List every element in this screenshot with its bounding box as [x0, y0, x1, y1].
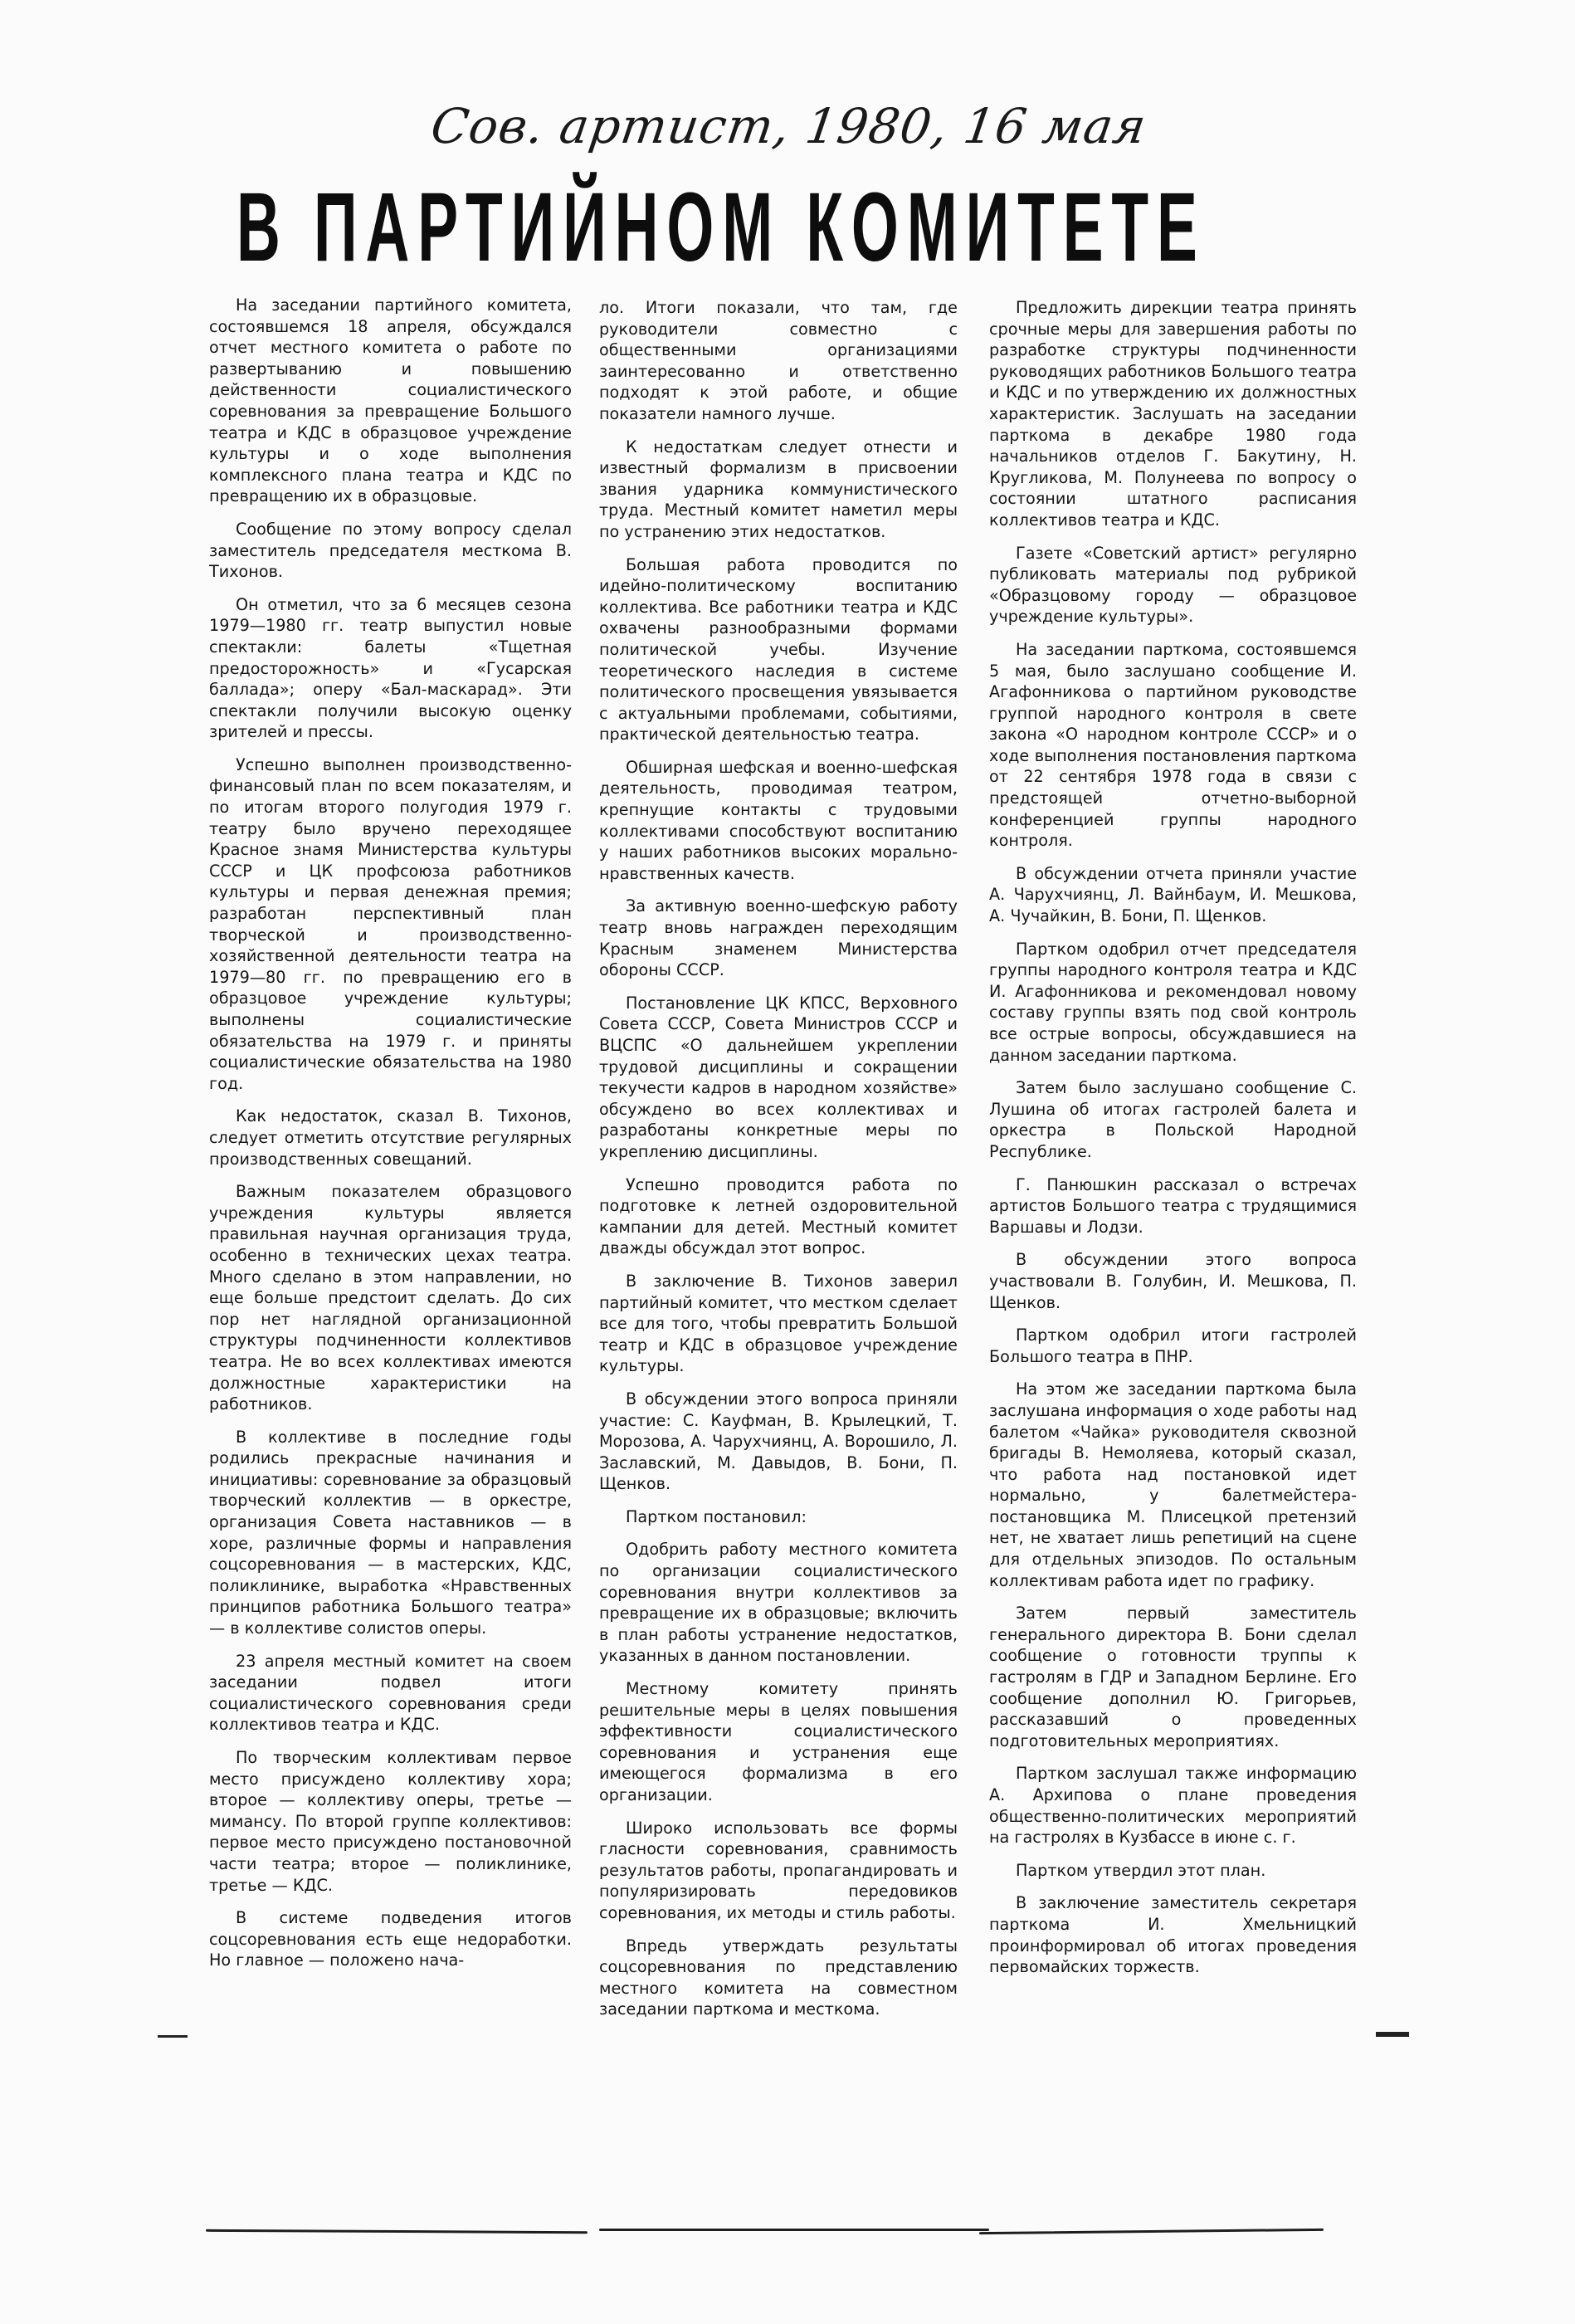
paragraph: На заседании парткома, состоявшемся 5 ма…	[989, 639, 1357, 852]
paragraph: Затем было заслушано сообщение С. Лушина…	[989, 1077, 1357, 1162]
column-bottom-rule	[979, 2229, 1324, 2234]
paragraph: Как недостаток, сказал В. Тихонов, следу…	[209, 1106, 572, 1169]
paragraph: В заключение В. Тихонов заверил партийны…	[599, 1271, 958, 1377]
paragraph: В обсуждении отчета приняли участие А. Ч…	[989, 863, 1357, 927]
paragraph: В коллективе в последние годы родились п…	[209, 1427, 572, 1639]
paragraph: В заключение заместитель секретаря партк…	[989, 1892, 1357, 1977]
paragraph: Затем первый заместитель генерального ди…	[989, 1603, 1357, 1751]
paragraph: На заседании партийного комитета, состоя…	[209, 295, 572, 507]
paragraph: Успешно проводится работа по подготовке …	[599, 1174, 958, 1259]
paragraph: Постановление ЦК КПСС, Верховного Совета…	[599, 993, 958, 1163]
paragraph: Сообщение по этому вопросу сделал замест…	[209, 519, 572, 583]
paragraph: В системе подведения итогов соцсоревнова…	[209, 1907, 572, 1971]
paragraph: 23 апреля местный комитет на своем засед…	[209, 1651, 572, 1736]
paragraph: Большая работа проводится по идейно-поли…	[599, 554, 958, 745]
paragraph: Одобрить работу местного комитета по орг…	[599, 1539, 958, 1667]
paragraph: Широко использовать все формы гласности …	[599, 1818, 958, 1924]
paragraph: Обширная шефская и военно-шефская деятел…	[599, 757, 958, 885]
paragraph: В обсуждении этого вопроса участвовали В…	[989, 1249, 1357, 1313]
paragraph: Впредь утверждать результаты соцсоревнов…	[599, 1936, 958, 2020]
article-column-2: ло. Итоги показали, что там, где руковод…	[599, 297, 958, 2032]
paragraph: Местному комитету принять решительные ме…	[599, 1678, 958, 1806]
paragraph: В обсуждении этого вопроса приняли участ…	[599, 1389, 958, 1495]
margin-mark	[158, 2035, 188, 2038]
column-bottom-rule	[206, 2229, 588, 2234]
article-headline: В ПАРТИЙНОМ КОМИТЕТЕ	[236, 181, 905, 274]
paragraph: Важным показателем образцового учреждени…	[209, 1181, 572, 1415]
paragraph: Партком утвердил этот план.	[989, 1860, 1357, 1882]
paragraph: Партком одобрил итоги гастролей Большого…	[989, 1325, 1357, 1367]
paragraph: Г. Панюшкин рассказал о встречах артисто…	[989, 1174, 1357, 1238]
paragraph: По творческим коллективам первое место п…	[209, 1747, 572, 1896]
paragraph-continued: ло. Итоги показали, что там, где руковод…	[599, 297, 958, 425]
resolution-heading: Партком постановил:	[599, 1506, 958, 1528]
paragraph: Газете «Советский артист» регулярно публ…	[989, 543, 1357, 627]
article-column-3: Предложить дирекции театра принять срочн…	[989, 297, 1357, 1990]
handwritten-source-note: Сов. артист, 1980, 16 мая	[427, 98, 1150, 154]
paragraph: На этом же заседании парткома была заслу…	[989, 1379, 1357, 1591]
article-column-1: На заседании партийного комитета, состоя…	[209, 295, 572, 1983]
paragraph: Предложить дирекции театра принять срочн…	[989, 297, 1357, 531]
paragraph: Партком одобрил отчет председателя групп…	[989, 939, 1357, 1067]
paragraph: Партком заслушал также информацию А. Арх…	[989, 1763, 1357, 1848]
paragraph: Он отметил, что за 6 месяцев сезона 1979…	[209, 594, 572, 743]
paragraph: За активную военно-шефскую работу театр …	[599, 896, 958, 980]
margin-mark	[1376, 2032, 1409, 2037]
paragraph: К недостаткам следует отнести и известны…	[599, 437, 958, 543]
column-bottom-rule	[599, 2229, 989, 2231]
paragraph: Успешно выполнен производственно-финансо…	[209, 754, 572, 1095]
